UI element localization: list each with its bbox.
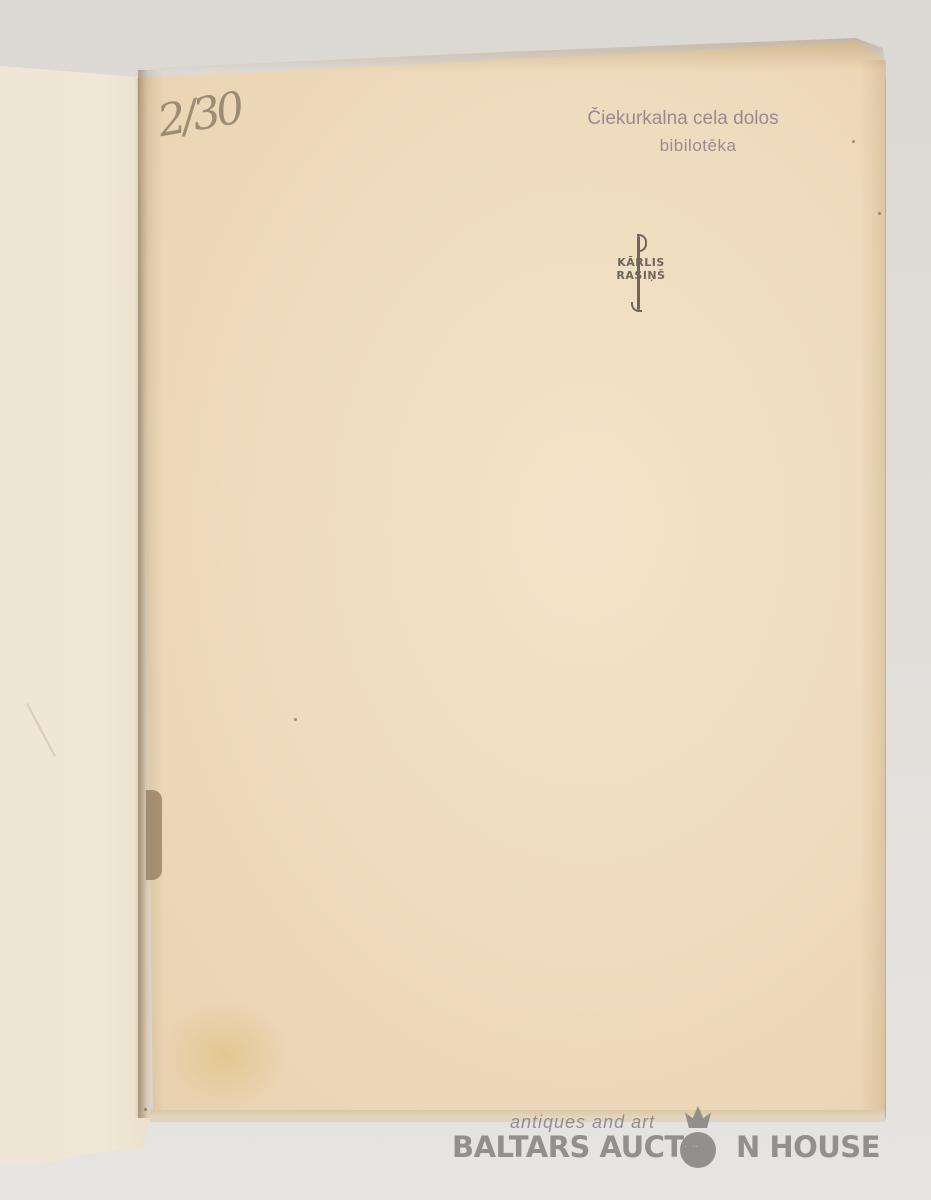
monogram-loop-icon (637, 234, 647, 252)
foxing-stain (160, 1000, 290, 1110)
auction-house-watermark: antiques and art BALTARS AUCTIN HOUSE (452, 1112, 852, 1172)
publisher-first-name: KĀRLIS (605, 256, 677, 269)
stamp-line-1: Čiekurkalna cela dolos (544, 108, 822, 130)
gutter-notch (146, 790, 162, 880)
watermark-name-part2: N HOUSE (736, 1130, 880, 1164)
publisher-monogram: KĀRLIS RASIŅŠ (605, 232, 677, 314)
page-top-edge-stain (138, 38, 886, 72)
library-stamp: Čiekurkalna cela dolos bibilotēka (562, 108, 822, 156)
page-right-edge-stain (860, 60, 886, 1120)
right-page (138, 40, 886, 1118)
gutter-shadow (138, 70, 164, 1118)
photo-scene: 2/30 Čiekurkalna cela dolos bibilotēka K… (0, 0, 931, 1200)
left-flyleaf (0, 64, 150, 1164)
publisher-last-name: RASIŅŠ (605, 269, 677, 282)
stamp-line-2: bibilotēka (574, 136, 822, 156)
monogram-hook-icon (631, 302, 642, 312)
watermark-name-part1: BALTARS AUCTI (452, 1130, 694, 1164)
watermark-name: BALTARS AUCTIN HOUSE (452, 1130, 880, 1164)
